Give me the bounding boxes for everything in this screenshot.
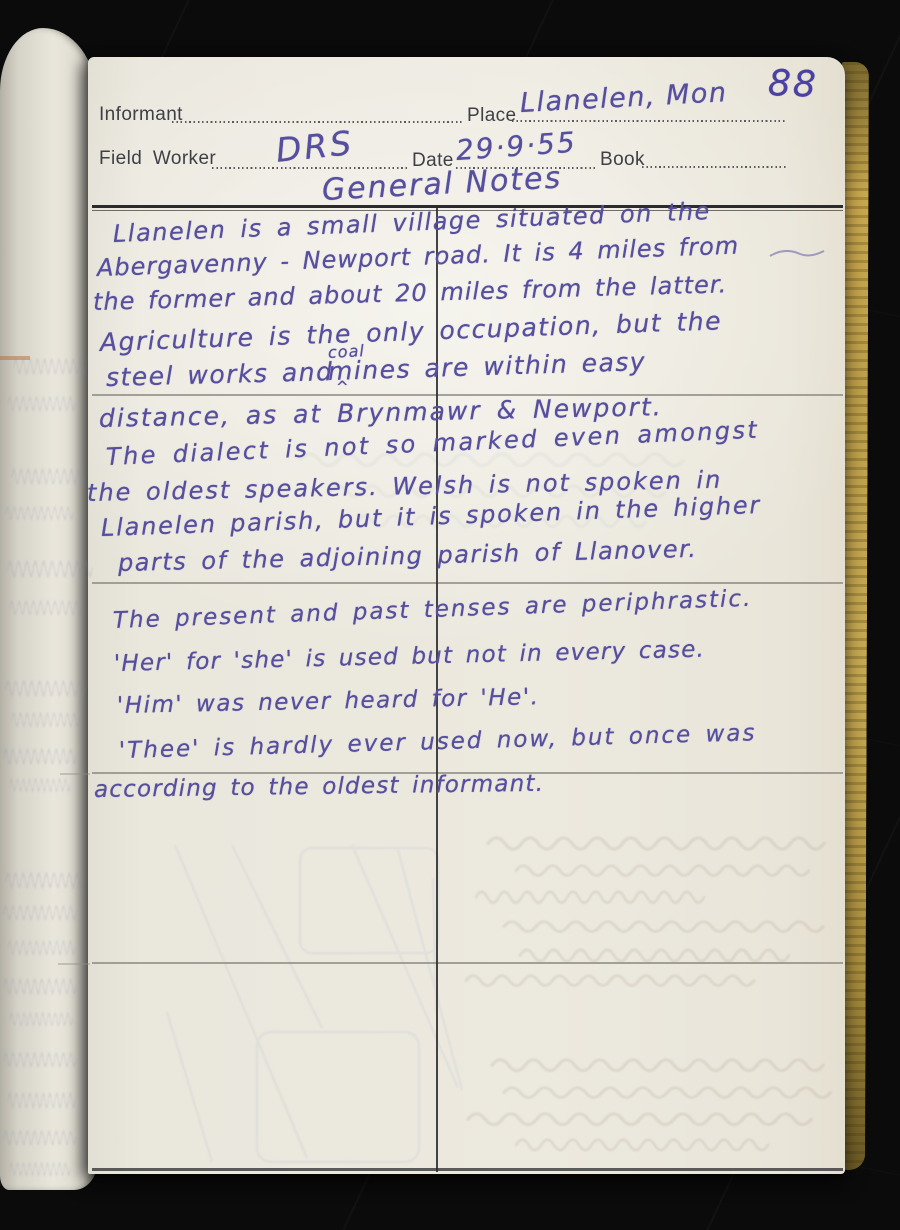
rule-line-2 xyxy=(92,582,843,584)
rule-stub-4 xyxy=(58,963,90,965)
bleed-through-text-right xyxy=(466,838,830,1150)
place-dotted-line xyxy=(512,120,785,122)
scanned-notebook-photo: Informant Place Llanelen, Mon Field Work… xyxy=(0,0,900,1230)
field-worker-value: DRS xyxy=(274,126,355,167)
informant-label: Informant xyxy=(99,104,183,126)
field-worker-dotted-line xyxy=(212,167,408,169)
rust-mark xyxy=(0,356,30,360)
bleed-through-strip xyxy=(4,360,92,1175)
ink-flourish xyxy=(770,251,824,256)
book-label: Book xyxy=(600,149,645,171)
book-dotted-line xyxy=(642,166,786,168)
field-worker-label: Field Worker xyxy=(99,148,216,170)
note-line: steel works and xyxy=(106,359,334,390)
page-number: 88 xyxy=(767,66,818,104)
note-line: according to the oldest informant. xyxy=(94,773,544,802)
rule-stub-3 xyxy=(60,773,90,775)
rule-line-4 xyxy=(92,962,843,964)
place-label: Place xyxy=(467,105,517,127)
informant-dotted-line xyxy=(172,121,462,123)
bleed-through-diagram xyxy=(167,845,462,1162)
bottom-rule xyxy=(92,1168,843,1171)
